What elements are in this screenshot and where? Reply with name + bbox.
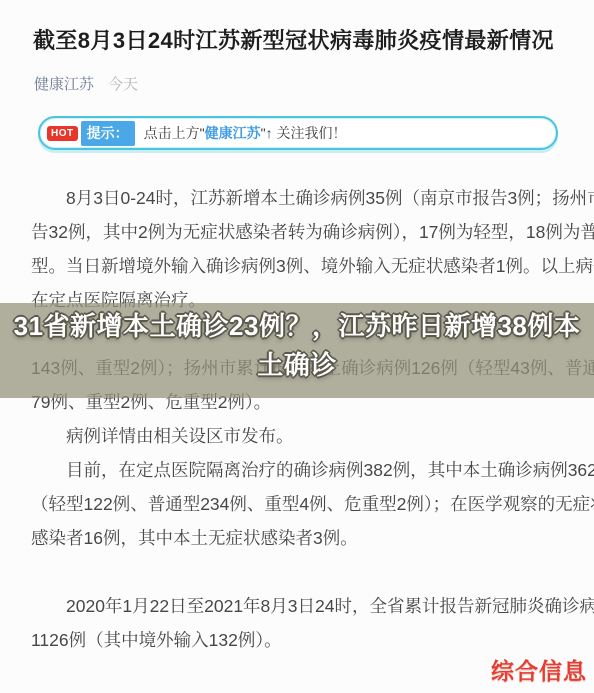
body-line: 型。当日新增境外输入确诊病例3例、境外输入无症状感染者1例。以上病例均 — [31, 249, 563, 283]
body-line: 告32例，其中2例为无症状感染者转为确诊病例），17例为轻型，18例为普通 — [31, 215, 563, 249]
article-page: 截至8月3日24时江苏新型冠状病毒肺炎疫情最新情况 健康江苏 今天 HOT 提示… — [0, 0, 594, 693]
tip-banner: HOT 提示： 点击上方"健康江苏"↑ 关注我们！ — [38, 116, 558, 150]
tip-text: 点击上方"健康江苏"↑ 关注我们！ — [144, 123, 347, 143]
publish-time: 今天 — [108, 73, 138, 94]
overlay-headline-banner: 31省新增本土确诊23例？，江苏昨日新增38例本 土确诊 — [0, 303, 594, 398]
overlay-headline-line1: 31省新增本土确诊23例？，江苏昨日新增38例本 — [0, 307, 594, 346]
tip-text-prefix: 点击上方" — [144, 125, 205, 141]
body-line-spacer — [31, 555, 563, 589]
tip-label-badge: 提示： — [81, 121, 135, 146]
body-line: 2020年1月22日至2021年8月3日24时，全省累计报告新冠肺炎确诊病例 — [31, 589, 563, 623]
body-line: （轻型122例、普通型234例、重型4例、危重型2例）；在医学观察的无症状 — [31, 487, 563, 521]
body-line: 病例详情由相关设区市发布。 — [31, 419, 563, 453]
body-line: 1126例（其中境外输入132例）。 — [31, 623, 563, 657]
article-meta: 健康江苏 今天 — [34, 73, 138, 94]
body-line: 感染者16例，其中本土无症状感染者3例。 — [31, 521, 563, 555]
overlay-headline-line2: 土确诊 — [0, 346, 594, 385]
body-line: 目前，在定点医院隔离治疗的确诊病例382例，其中本土确诊病例362例 — [31, 453, 563, 487]
account-link[interactable]: 健康江苏 — [34, 73, 94, 94]
hot-badge: HOT — [47, 126, 78, 141]
tip-account-name: 健康江苏 — [205, 125, 261, 141]
body-line: 8月3日0-24时，江苏新增本土确诊病例35例（南京市报告3例；扬州市报 — [31, 181, 563, 215]
credit-watermark: 综合信息 — [491, 653, 587, 686]
article-title: 截至8月3日24时江苏新型冠状病毒肺炎疫情最新情况 — [33, 26, 565, 56]
tip-text-suffix: "↑ 关注我们！ — [261, 125, 347, 141]
article-body: 8月3日0-24时，江苏新增本土确诊病例35例（南京市报告3例；扬州市报 告32… — [31, 181, 563, 657]
